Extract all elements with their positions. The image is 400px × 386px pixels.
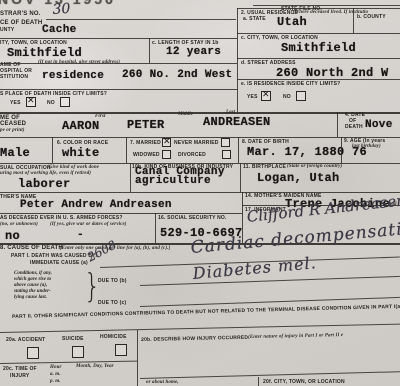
grid-line: [237, 33, 400, 34]
pod-county-value: Cache: [42, 24, 77, 36]
deceased-name-label-3: pe or print): [0, 128, 25, 133]
residence-city-value: Smithfield: [281, 41, 356, 55]
date-of-birth-value: Mar. 17, 1880: [247, 145, 345, 159]
accident-label: 20a. ACCIDENT: [6, 337, 45, 343]
occupation-hint-2: uring most of working life, even if reti…: [0, 171, 91, 176]
grid-line: [0, 361, 137, 364]
race-value: white: [62, 146, 100, 160]
residence-street-value: 260 North 2nd W: [276, 66, 389, 80]
checkbox-homicide: [115, 344, 127, 356]
grid-line: [0, 324, 400, 333]
grid-line: [238, 137, 239, 163]
grid-line: [0, 89, 237, 90]
grid-line: [155, 213, 156, 243]
armed-forces-dash: -: [77, 229, 84, 241]
divorced-label: DIVORCED: [178, 152, 206, 158]
time-of-injury-label-1: 20c. TIME OF: [3, 366, 37, 372]
month-day-year-label: Month, Day, Year: [76, 364, 114, 369]
grid-line: [46, 19, 236, 20]
grid-line: [0, 137, 400, 138]
grid-line: [258, 377, 259, 386]
describe-injury-label: 20b. DESCRIBE HOW INJURY OCCURRED.: [141, 335, 250, 343]
grid-line: [0, 192, 400, 193]
grid-line: [237, 58, 400, 59]
margin-note-handwriting: 2608: [85, 238, 119, 265]
registrar-no-label: STRAR'S NO.: [0, 11, 41, 17]
death-certificate-scan: NOV 13 1956 STATE FILE NO. STRAR'S NO. 3…: [0, 0, 400, 386]
checkbox-pod-limits-no: [60, 97, 70, 107]
immediate-cause-label: IMMEDIATE CAUSE (a): [30, 260, 88, 266]
father-name-value: Peter Andrew Andreasen: [20, 199, 172, 211]
conditions-note-line4: stating the under-: [14, 289, 51, 294]
grid-line: [140, 371, 400, 379]
due-to-c-label: DUE TO (c): [98, 300, 126, 306]
birthplace-label: 11. BIRTHPLACE: [243, 164, 286, 170]
grid-line: [337, 112, 338, 137]
conditions-note-line2: which gave rise to: [14, 277, 51, 282]
check-x-mark: ✕: [163, 137, 171, 147]
hour-label: Hour: [50, 365, 62, 370]
injury-city-label: 20f. CITY, TOWN, OR LOCATION: [263, 379, 345, 385]
checkbox-residence-limits-no: [296, 91, 306, 101]
grid-line: [149, 38, 150, 63]
deceased-name-label-2: CEASED: [0, 121, 26, 127]
grid-line: [52, 137, 53, 163]
conditions-note-line1: Conditions, if any,: [14, 271, 52, 276]
grid-line: [0, 38, 237, 39]
am-label: a. m.: [50, 372, 61, 377]
facility-address-value: 260 No. 2nd West: [122, 69, 232, 81]
registrar-no-value: 30: [52, 1, 71, 18]
residence-county-label: b. COUNTY: [357, 14, 386, 20]
age-value: 76: [352, 145, 367, 159]
time-of-injury-label-2: INJURY: [10, 373, 29, 379]
checkbox-never-married: [221, 138, 230, 147]
checkbox-suicide: [72, 346, 84, 358]
place-of-injury-fragment: or about home,: [146, 380, 179, 385]
never-married-label: NEVER MARRIED: [174, 140, 219, 146]
widowed-label: WIDOWED: [133, 152, 160, 158]
grid-line: [341, 137, 342, 163]
occupation-hint-1: (Give kind of work done: [47, 165, 99, 170]
conditions-note-line5: lying cause last.: [14, 295, 47, 300]
grid-line: [0, 112, 400, 114]
middle-name-value: PETER: [127, 118, 165, 132]
homicide-label: HOMICIDE: [100, 334, 127, 340]
facility-hint: (If not in hospital, give street address…: [38, 60, 120, 65]
armed-forces-hint-1: (no, or unknown): [0, 222, 38, 227]
armed-forces-label: AS DECEASED EVER IN U. S. ARMED FORCES?: [0, 215, 123, 221]
residence-yes-label: YES: [247, 94, 258, 100]
grid-line: [253, 5, 400, 6]
grid-line: [237, 8, 400, 9]
pod-limits-label: S PLACE OF DEATH INSIDE CITY LIMITS?: [0, 91, 107, 97]
part2-label: PART II. OTHER SIGNIFICANT CONDITIONS CO…: [12, 304, 400, 320]
middle-name-header: Middle: [178, 112, 193, 117]
grid-line: [237, 8, 238, 112]
cause-a-handwriting: Cardiac decompensation: [190, 217, 400, 257]
married-label: 7. MARRIED: [130, 140, 161, 146]
cause-of-death-header: 8. CAUSE OF DEATH: [0, 245, 63, 251]
checkbox-accident: [27, 347, 39, 359]
occupation-value: laborer: [18, 177, 71, 191]
suicide-label: SUICIDE: [62, 336, 84, 342]
checkbox-widowed: [162, 150, 171, 159]
pod-county-label: UNTY: [0, 27, 14, 33]
residence-limits-label: e. IS RESIDENCE INSIDE CITY LIMITS?: [241, 81, 340, 87]
date-of-death-value: Nove: [365, 119, 393, 131]
first-name-value: AARON: [62, 119, 100, 133]
length-of-stay-value: 12 years: [166, 46, 221, 58]
business-value-2: agriculture: [135, 175, 211, 187]
last-name-value: ANDREASEN: [203, 115, 271, 129]
facility-label-3: STITUTION: [0, 74, 28, 80]
pod-no-label: NO: [47, 100, 55, 106]
due-to-b-label: DUE TO (b): [98, 278, 127, 284]
check-x-mark: ✕: [262, 90, 270, 100]
grid-line: [137, 330, 138, 386]
grid-line: [130, 163, 131, 192]
armed-forces-value: no: [5, 229, 20, 243]
residence-state-value: Utah: [277, 15, 307, 29]
armed-forces-hint-2: (If yes, give war or dates of service): [50, 222, 127, 227]
part1-label: PART I. DEATH WAS CAUSED BY:: [11, 253, 97, 259]
pod-city-value: Smithfield: [7, 46, 82, 60]
pm-label: p. m.: [50, 379, 61, 384]
grid-line: [0, 213, 242, 214]
check-x-mark: ✕: [27, 96, 35, 106]
grid-line: [240, 163, 241, 192]
place-of-death-title: CE OF DEATH: [0, 20, 42, 26]
checkbox-residence-limits-yes: ✕: [261, 91, 271, 101]
checkbox-married: ✕: [162, 138, 171, 147]
grid-line: [237, 79, 400, 80]
grid-line: [126, 137, 127, 163]
date-of-death-label-3: DEATH: [345, 124, 363, 130]
ssn-label: 16. SOCIAL SECURITY NO.: [158, 215, 227, 221]
birthplace-value: Logan, Utah: [257, 171, 340, 185]
birthplace-hint: (State or foreign country): [287, 164, 342, 169]
sex-value: Male: [0, 146, 30, 160]
facility-value: residence: [42, 70, 104, 82]
checkbox-divorced: [222, 150, 231, 159]
residence-no-label: NO: [283, 94, 291, 100]
describe-injury-hint: (Enter nature of injury in Part I or Par…: [248, 333, 343, 340]
pod-yes-label: YES: [10, 100, 21, 106]
residence-state-label: a. STATE: [243, 16, 266, 22]
blank-rule-b: [140, 276, 400, 286]
conditions-note-line3: above cause (a),: [14, 283, 47, 288]
checkbox-pod-limits-yes: ✕: [26, 97, 36, 107]
grid-line: [353, 8, 354, 33]
